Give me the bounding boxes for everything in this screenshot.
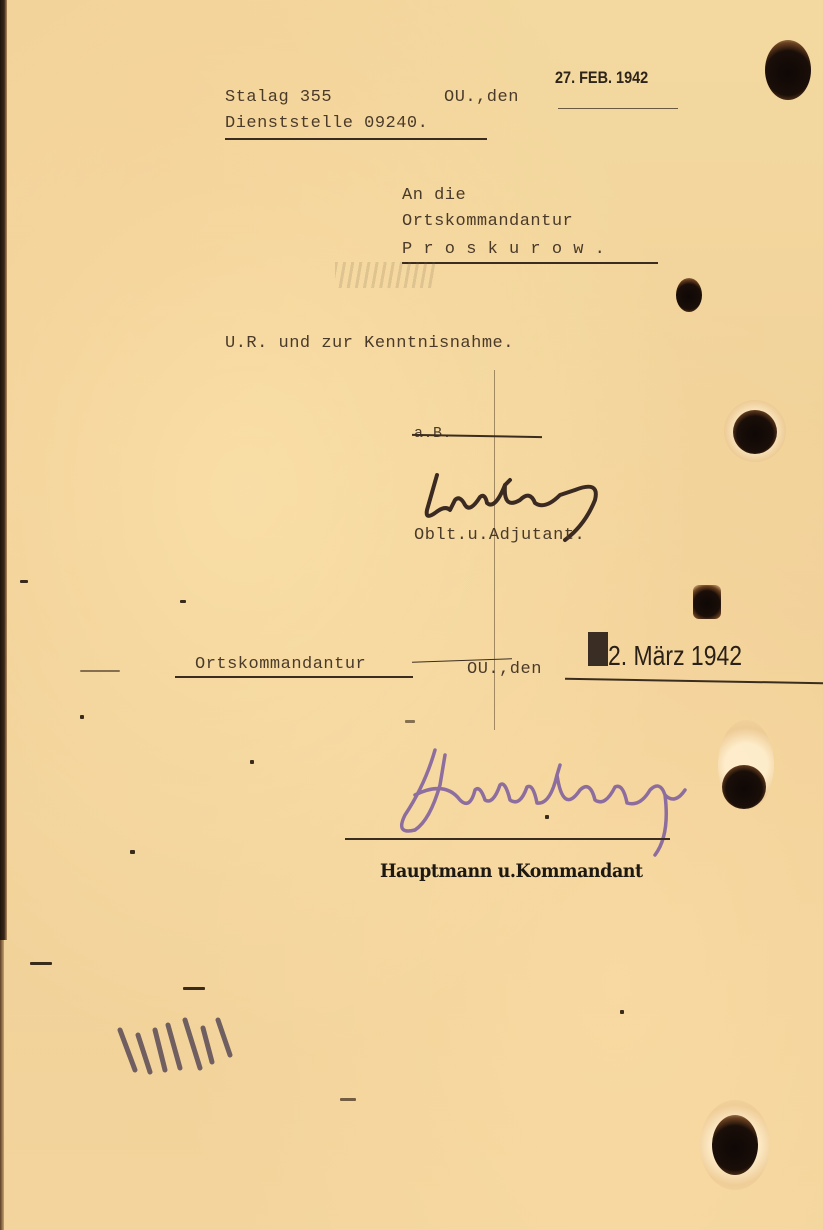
speck — [80, 670, 120, 672]
speck — [20, 580, 28, 583]
office-label: Ortskommandantur — [195, 655, 366, 674]
speck — [180, 600, 186, 603]
second-date-stamp: 2. März 1942 — [608, 640, 742, 672]
burn-hole-4 — [693, 585, 721, 619]
speck — [620, 1010, 624, 1014]
office-underline — [175, 676, 413, 678]
recipient-underline — [402, 262, 658, 264]
recipient-line-2: Ortskommandantur — [402, 212, 573, 231]
margin-tally-mark — [100, 1010, 250, 1080]
page-left-edge-lower — [0, 940, 4, 1230]
speck — [30, 962, 52, 965]
burn-hole-2 — [676, 278, 702, 312]
speck — [405, 720, 415, 723]
recipient-line-3: P r o s k u r o w . — [402, 240, 605, 259]
body-text: U.R. und zur Kenntnisnahme. — [225, 334, 514, 353]
burn-hole-3 — [733, 410, 777, 454]
burn-hole-5 — [722, 765, 766, 809]
burn-hole-6 — [712, 1115, 758, 1175]
page-left-edge — [0, 0, 7, 940]
speck — [545, 815, 549, 819]
stamp-block-mark — [588, 632, 608, 666]
speck — [80, 715, 84, 719]
speck — [340, 1098, 356, 1101]
speck — [183, 987, 205, 990]
second-place-date-prefix: OU.,den — [467, 660, 542, 679]
burn-hole-1 — [765, 40, 811, 100]
speck — [250, 760, 254, 764]
sender-line-1: Stalag 355 — [225, 88, 332, 107]
sender-line-2: Dienststelle 09240. — [225, 114, 428, 133]
signature-rule — [345, 838, 670, 840]
place-date-prefix: OU.,den — [444, 88, 519, 107]
recipient-line-1: An die — [402, 186, 466, 205]
first-signatory-title: Oblt.u.Adjutant. — [414, 526, 585, 545]
faint-stamp-impression — [335, 262, 435, 288]
speck — [130, 850, 135, 854]
second-signature — [385, 745, 695, 860]
date-blank-line — [558, 108, 678, 109]
commander-title-stamp: Hauptmann u.Kommandant — [380, 860, 643, 882]
sender-underline — [225, 138, 487, 140]
received-date-stamp: 27. FEB. 1942 — [555, 68, 648, 88]
